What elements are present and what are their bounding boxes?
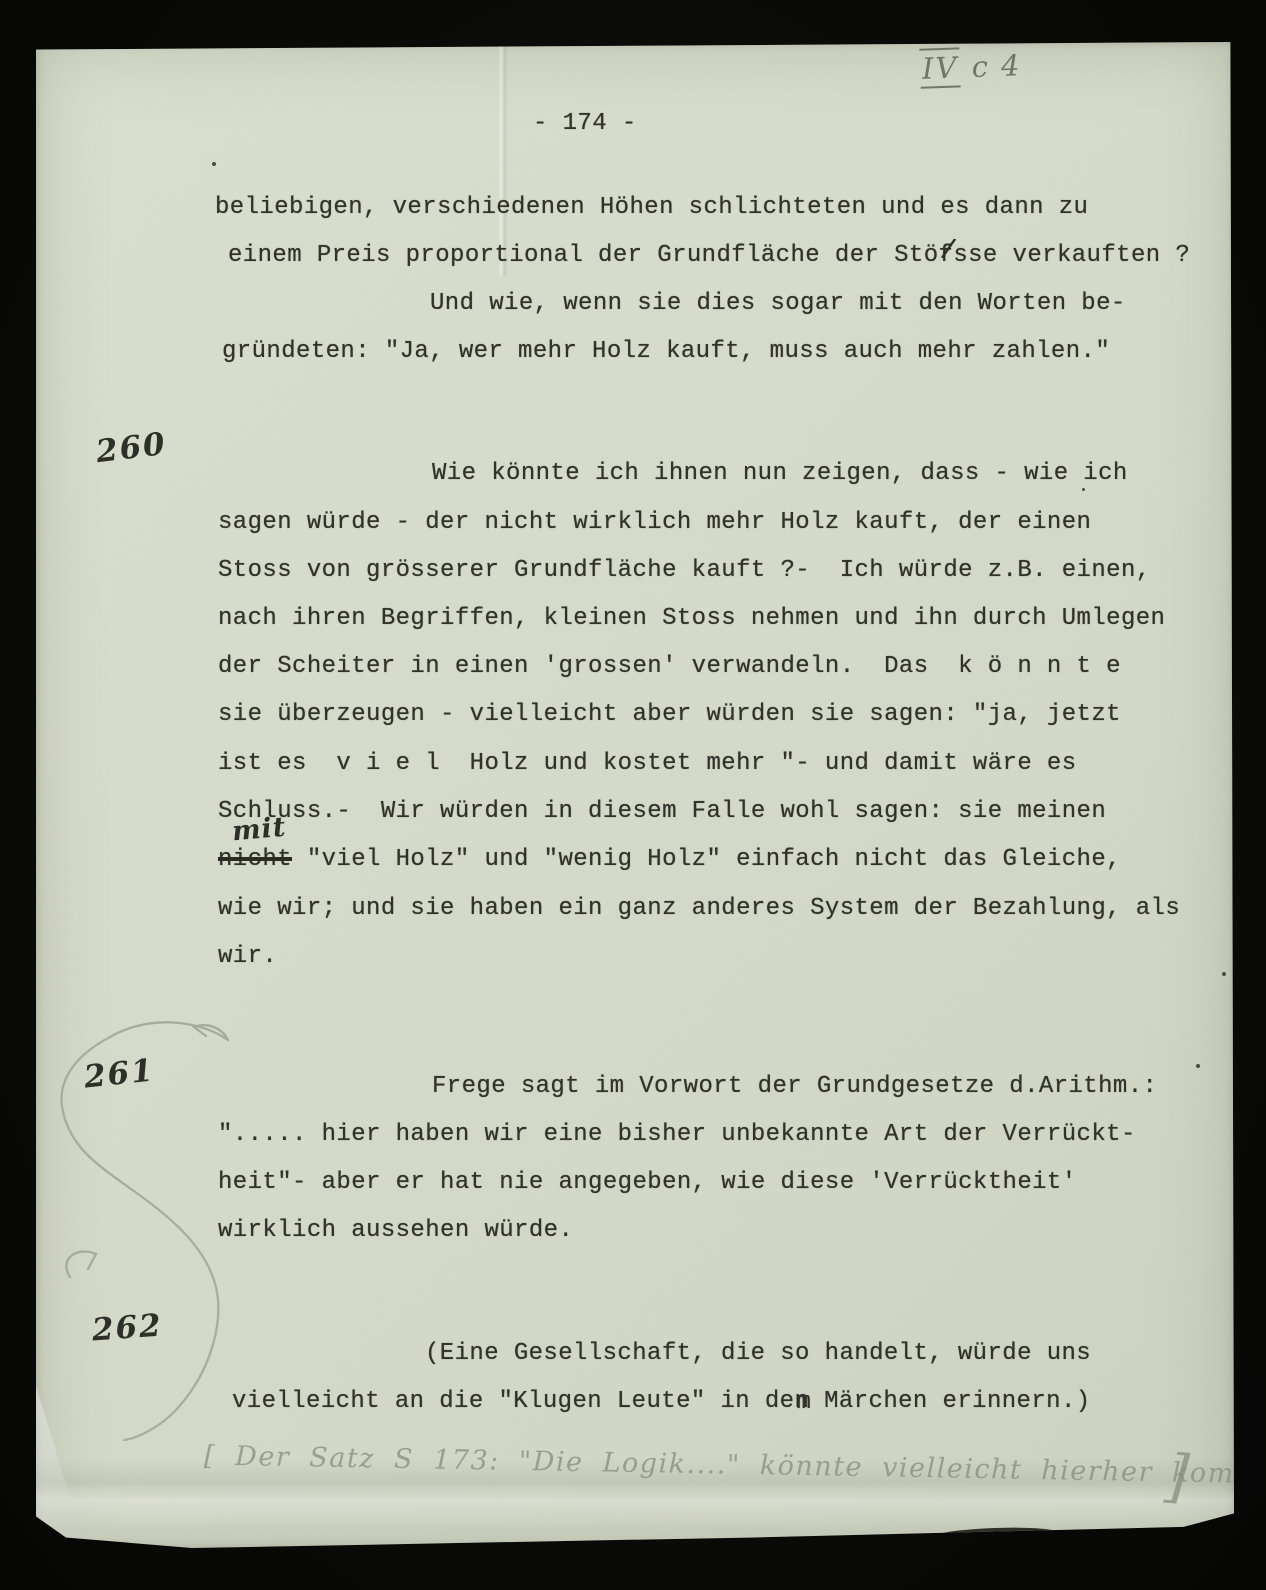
typed-line: wir. [218, 945, 277, 969]
typed-segment: einem Preis proportional der Grundfläche… [228, 242, 939, 269]
typed-line: heit"- aber er hat nie angegeben, wie di… [218, 1171, 1077, 1195]
page-number: - 174 - [533, 112, 637, 136]
typed-line: (Eine Gesellschaft, die so handelt, würd… [425, 1342, 1091, 1366]
typed-line: Stoss von grösserer Grundfläche kauft ?-… [218, 559, 1151, 583]
struck-word-nicht: nicht [218, 846, 292, 873]
typed-line: nach ihren Begriffen, kleinen Stoss nehm… [218, 607, 1165, 631]
ink-speck [212, 162, 216, 166]
ink-speck [1222, 972, 1226, 976]
archive-mark-roman-numeral: IV [919, 47, 961, 88]
paper-sheet: IV c 4 - 174 - beliebigen, verschiedenen… [36, 42, 1234, 1548]
typed-segment: vielleicht an die "Klugen Leute" in de [232, 1388, 795, 1415]
typed-line: nicht "viel Holz" und "wenig Holz" einfa… [218, 848, 1121, 872]
photo-background: IV c 4 - 174 - beliebigen, verschiedenen… [0, 0, 1266, 1590]
typed-line: wie wir; und sie haben ein ganz anderes … [218, 897, 1180, 921]
typed-line: wirklich aussehen würde. [218, 1219, 573, 1243]
typed-segment: sse verkauften ? [953, 242, 1190, 269]
typed-line: sagen würde - der nicht wirklich mehr Ho… [218, 511, 1091, 535]
ink-speck [1196, 1064, 1200, 1068]
typed-segment: Märchen erinnern.) [809, 1388, 1090, 1415]
typed-line: Frege sagt im Vorwort der Grundgesetze d… [432, 1075, 1157, 1099]
margin-number-261: 261 [82, 1052, 156, 1095]
slashed-overtype-char: f/ [939, 244, 954, 268]
margin-number-260: 260 [94, 426, 169, 470]
typed-line: Schluss.- Wir würden in diesem Falle woh… [218, 800, 1106, 824]
typed-line: Wie könnte ich ihnen nun zeigen, dass - … [432, 462, 1128, 486]
typed-line: "..... hier haben wir eine bisher unbeka… [218, 1123, 1136, 1147]
typed-line: gründeten: "Ja, wer mehr Holz kauft, mus… [222, 340, 1110, 364]
typed-line: ist es v i e l Holz und kostet mehr "- u… [218, 752, 1077, 776]
overtyped-char: nm [795, 1390, 810, 1414]
archive-mark: IV c 4 [919, 48, 1022, 86]
typed-segment: "viel Holz" und "wenig Holz" einfach nic… [292, 846, 1121, 873]
typed-line: sie überzeugen - vielleicht aber würden … [218, 703, 1121, 727]
archive-mark-rest: c 4 [960, 48, 1022, 84]
ink-speck [1082, 488, 1085, 491]
typed-line: vielleicht an die "Klugen Leute" in denm… [232, 1390, 1091, 1414]
typed-line: beliebigen, verschiedenen Höhen schlicht… [215, 196, 1088, 220]
handwritten-insertion-mit: mit [231, 812, 288, 848]
typed-line: der Scheiter in einen 'grossen' verwande… [218, 655, 1121, 679]
typed-line: einem Preis proportional der Grundfläche… [228, 244, 1190, 268]
slash-correction-mark: / [938, 238, 957, 267]
typed-line: Und wie, wenn sie dies sogar mit den Wor… [430, 292, 1126, 316]
edge-smudge [930, 1526, 1060, 1546]
margin-number-262: 262 [91, 1308, 164, 1349]
